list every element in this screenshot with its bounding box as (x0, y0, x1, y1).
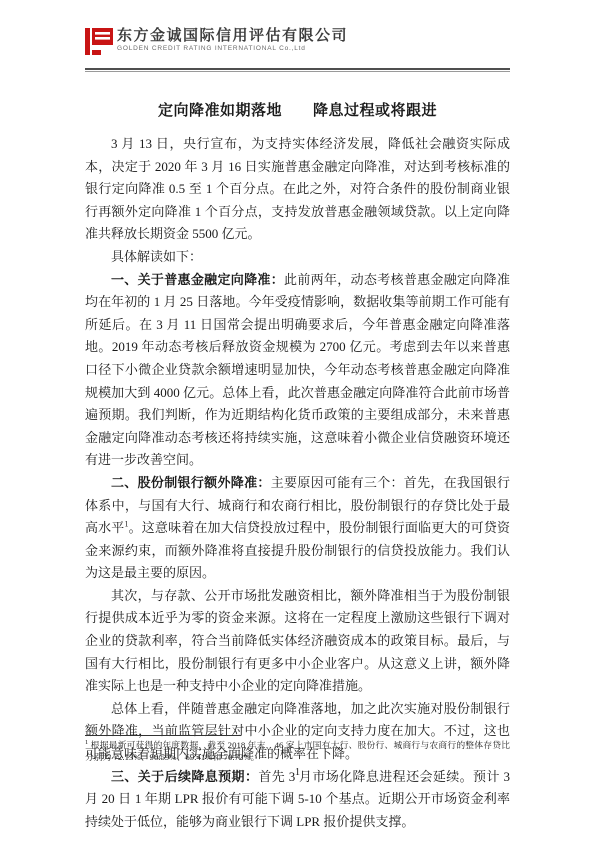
footnote-body: 根据最新可获得的年度数据，截至 2018 年末，46 家上市国有大行、股份行、城… (85, 740, 510, 762)
footnote-separator (85, 735, 241, 736)
page-title: 定向降准如期落地 降息过程或将跟进 (85, 99, 510, 120)
body-paragraph: 其次，与存款、公开市场批发融资相比，额外降准相当于为股份制银行提供成本近乎为零的… (85, 585, 510, 698)
company-names: 东方金诚国际信用评估有限公司 GOLDEN CREDIT RATING INTE… (117, 26, 348, 53)
paragraph-text: 具体解读如下： (111, 249, 202, 264)
section-heading: 二、股份制银行额外降准： (111, 475, 271, 490)
company-name-cn: 东方金诚国际信用评估有限公司 (117, 26, 348, 45)
section-heading: 一、关于普惠金融定向降准： (111, 272, 284, 287)
header-divider (85, 68, 510, 72)
company-logo-icon (85, 27, 114, 65)
report-header: 东方金诚国际信用评估有限公司 GOLDEN CREDIT RATING INTE… (85, 26, 510, 65)
footnote: 1 根据最新可获得的年度数据，截至 2018 年末，46 家上市国有大行、股份行… (85, 735, 510, 763)
paragraph-text: 。这意味着在加大信贷投放过程中，股份制银行面临更大的可贷资金来源约束，而额外降准… (85, 520, 510, 580)
paragraph-text: 3 月 13 日，央行宣布，为支持实体经济发展，降低社会融资实际成本，决定于 2… (85, 136, 510, 241)
paragraph-text: 此前两年，动态考核普惠金融定向降准均在年初的 1 月 25 日落地。今年受疫情影… (85, 272, 510, 468)
body-paragraph: 二、股份制银行额外降准：主要原因可能有三个：首先，在我国银行体系中，与国有大行、… (85, 472, 510, 585)
page-number: 1 (0, 767, 595, 778)
footnote-text: 1 根据最新可获得的年度数据，截至 2018 年末，46 家上市国有大行、股份行… (85, 739, 510, 763)
document-body: 3 月 13 日，央行宣布，为支持实体经济发展，降低社会融资实际成本，决定于 2… (85, 133, 510, 833)
body-paragraph: 一、关于普惠金融定向降准：此前两年，动态考核普惠金融定向降准均在年初的 1 月 … (85, 269, 510, 472)
body-paragraph: 具体解读如下： (85, 246, 510, 269)
company-name-en: GOLDEN CREDIT RATING INTERNATIONAL Co.,L… (117, 45, 348, 53)
paragraph-text: 其次，与存款、公开市场批发融资相比，额外降准相当于为股份制银行提供成本近乎为零的… (85, 588, 510, 693)
body-paragraph: 3 月 13 日，央行宣布，为支持实体经济发展，降低社会融资实际成本，决定于 2… (85, 133, 510, 246)
footnote-marker: 1 (85, 739, 88, 746)
document-page: 东方金诚国际信用评估有限公司 GOLDEN CREDIT RATING INTE… (0, 0, 595, 842)
